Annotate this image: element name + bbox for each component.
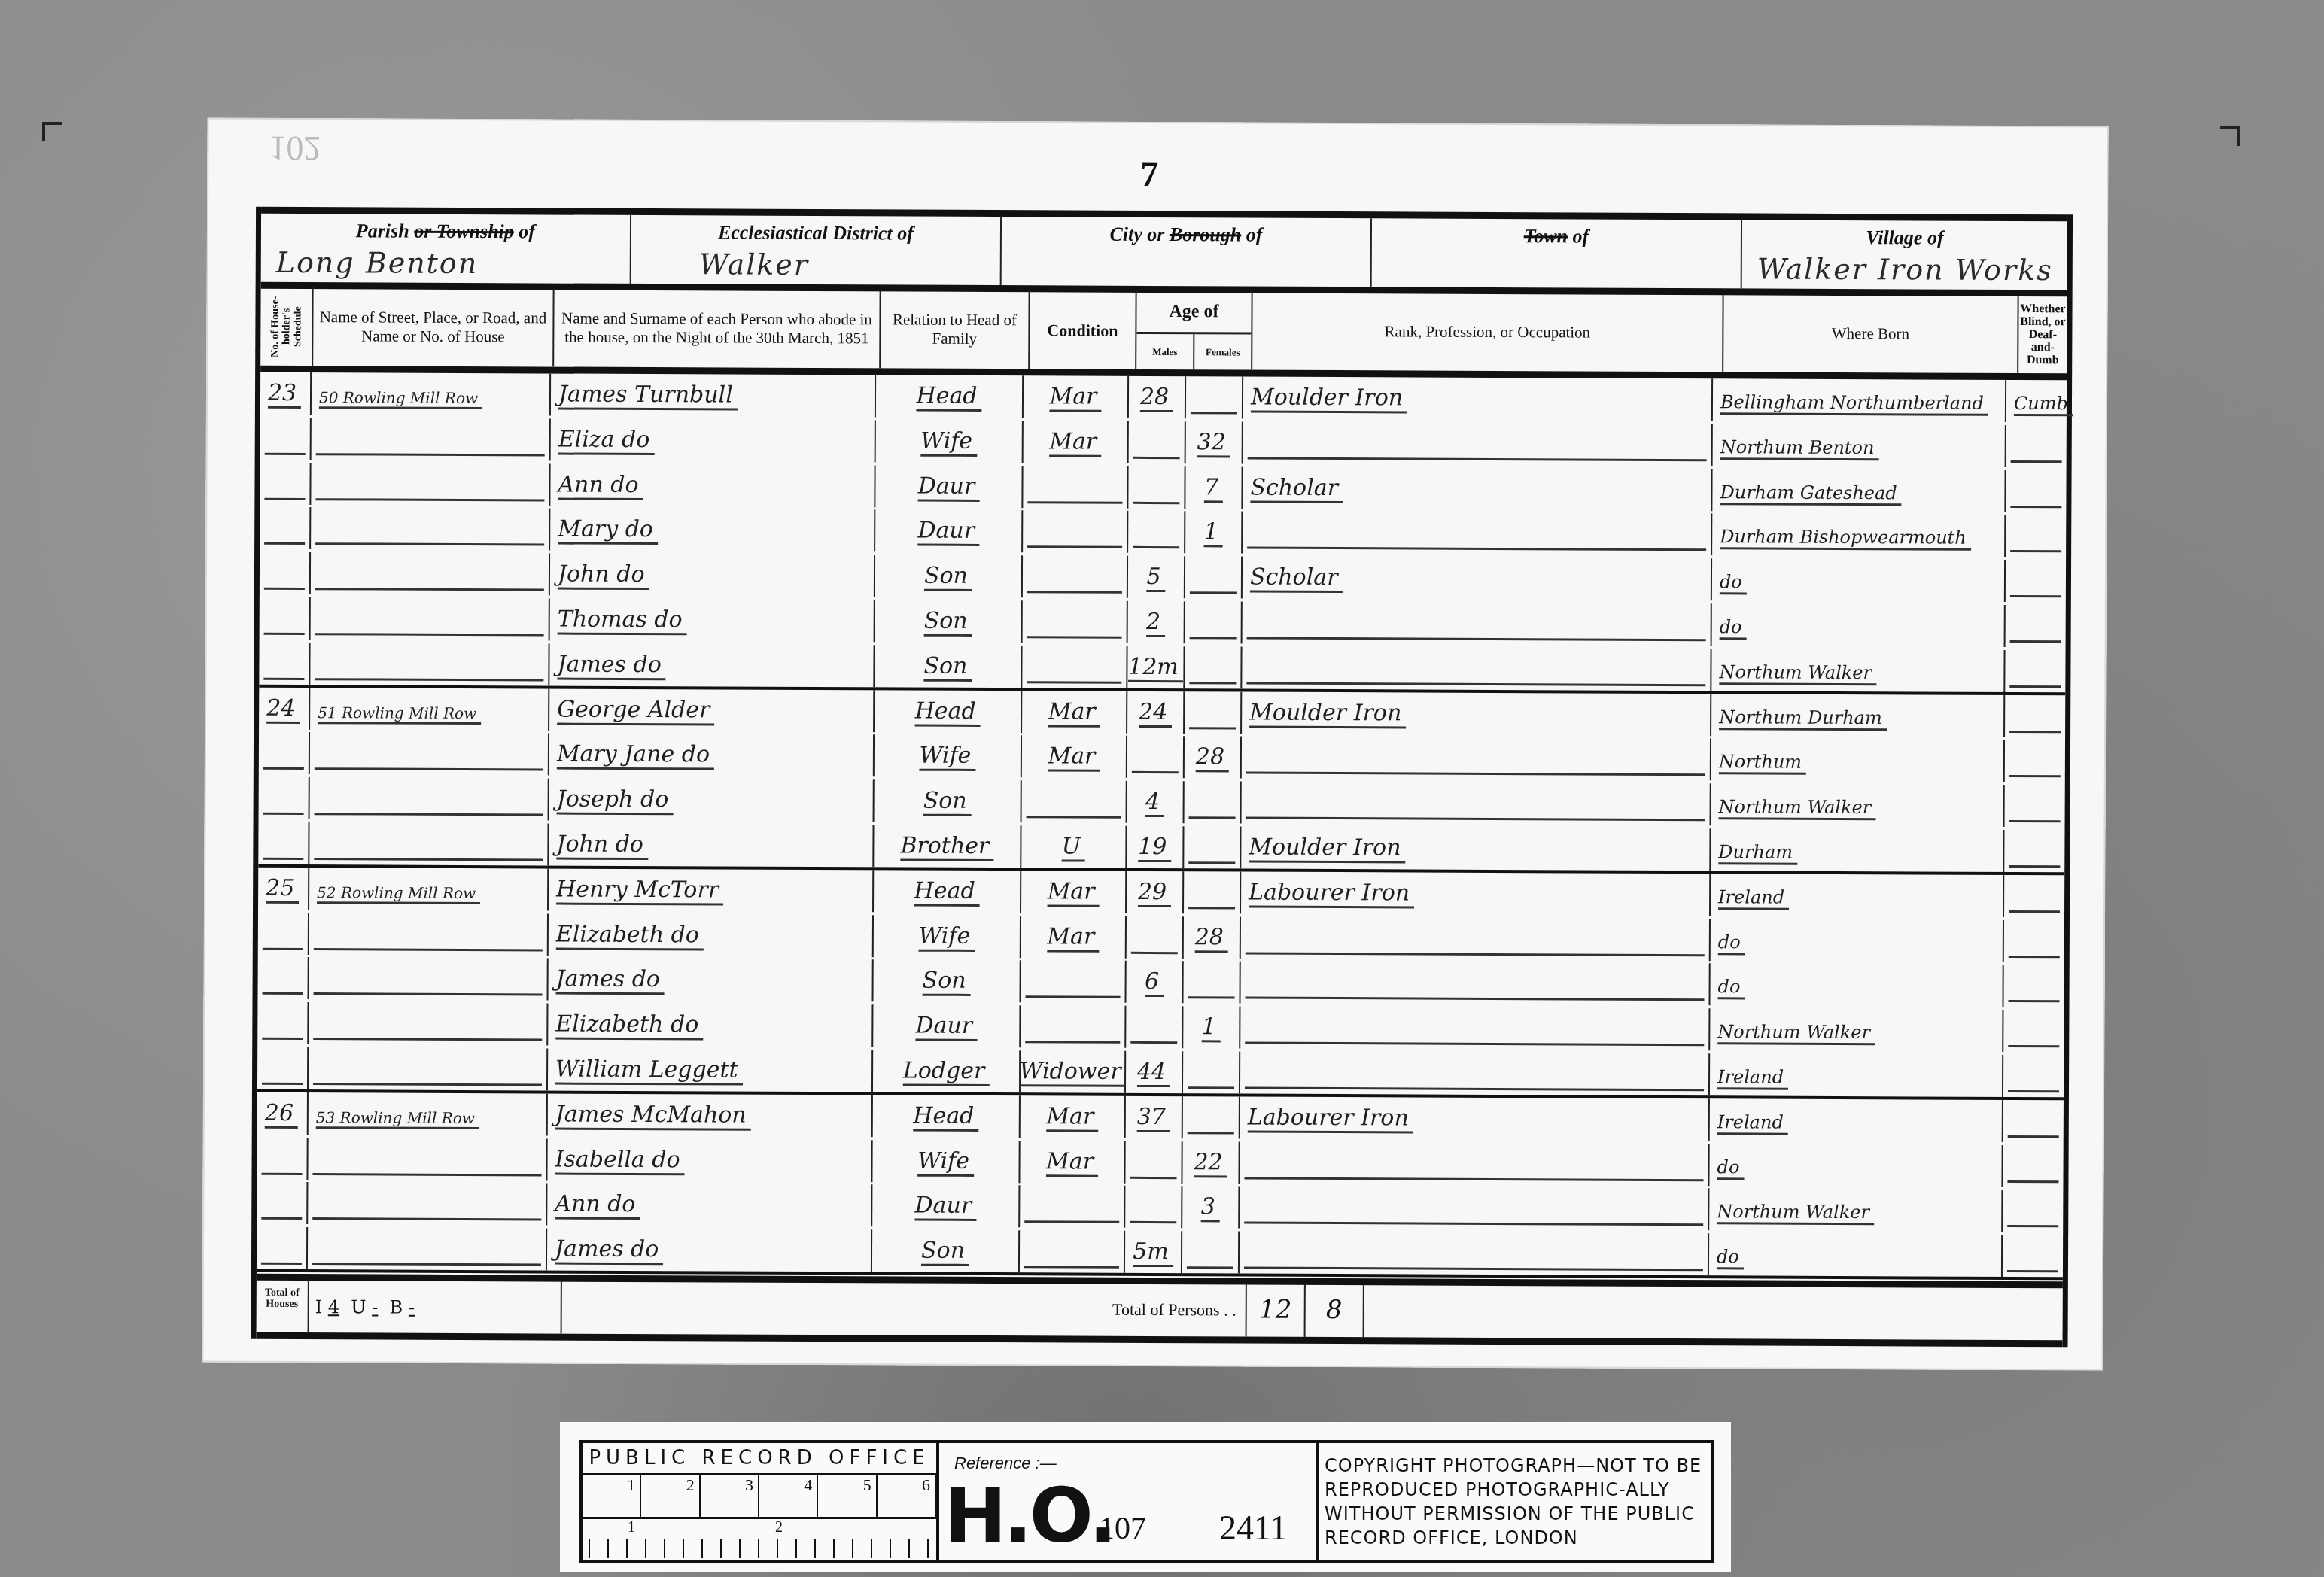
ruler-mark: 3 xyxy=(701,1475,759,1517)
column-headers: No. of House-holder's Schedule Name of S… xyxy=(260,287,2067,373)
blank-rule xyxy=(2009,1000,2060,1002)
col-schedule: No. of House-holder's Schedule xyxy=(260,287,313,366)
blank-rule xyxy=(1133,501,1179,503)
town-cell: Town of xyxy=(1372,218,1742,288)
name-text: James do xyxy=(555,1236,663,1266)
female-age-cell xyxy=(1183,962,1240,1004)
blank-rule xyxy=(2007,1270,2058,1272)
table-row: 2350 Rowling Mill RowJames TurnbullHeadM… xyxy=(260,372,2067,422)
col-blind-deaf: Whether Blind, or Deaf-and-Dumb xyxy=(2018,295,2067,373)
admin-header: Parish or Township of Long Benton Eccles… xyxy=(261,214,2067,290)
col-relation: Relation to Head of Family xyxy=(881,290,1030,369)
condition-cell xyxy=(1021,1005,1126,1048)
male-age-cell: 5m xyxy=(1125,1231,1182,1273)
schedule-text: 23 xyxy=(268,380,301,409)
condition-cell xyxy=(1021,961,1126,1004)
male-age-text: 5m xyxy=(1133,1238,1173,1267)
occupation-text: Scholar xyxy=(1250,474,1343,503)
schedule-cell xyxy=(257,1047,309,1089)
eccl-district-cell: Ecclesiastical District of Walker xyxy=(631,215,1002,285)
female-age-cell xyxy=(1185,781,1242,823)
female-age-cell: 1 xyxy=(1183,1006,1240,1048)
corner-mark-right xyxy=(2220,126,2240,146)
blank-rule xyxy=(312,1218,541,1221)
blank-rule xyxy=(1247,547,1706,551)
blank-rule xyxy=(263,767,304,770)
relation-text: Son xyxy=(924,563,972,591)
schedule-cell xyxy=(257,1002,309,1044)
male-age-cell xyxy=(1128,511,1185,553)
male-age-text: 28 xyxy=(1140,384,1173,412)
female-age-cell xyxy=(1183,1051,1240,1093)
blind-cell xyxy=(2004,830,2064,872)
blank-rule xyxy=(1024,1266,1119,1269)
male-age-cell: 6 xyxy=(1126,961,1183,1003)
condition-text: Mar xyxy=(1048,878,1100,907)
female-age-text: 1 xyxy=(1202,1013,1221,1042)
male-age-cell: 5 xyxy=(1128,556,1185,598)
relation-cell: Son xyxy=(875,645,1022,688)
name-cell: James do xyxy=(549,959,874,1002)
blind-cell xyxy=(2004,875,2064,917)
ruler-tick xyxy=(871,1539,872,1558)
relation-text: Head xyxy=(914,877,980,906)
female-age-cell: 1 xyxy=(1185,512,1243,554)
blank-rule xyxy=(1130,1221,1176,1223)
table-row: James doSon5mdo xyxy=(257,1227,2063,1280)
blank-rule xyxy=(263,858,303,860)
blank-rule xyxy=(1244,1267,1703,1272)
occupation-cell xyxy=(1240,1007,1710,1051)
relation-cell: Son xyxy=(875,780,1022,823)
street-text: 52 Rowling Mill Row xyxy=(317,883,480,904)
occupation-text: Moulder Iron xyxy=(1249,699,1406,728)
schedule-cell xyxy=(259,732,310,774)
name-text: William Leggett xyxy=(555,1056,743,1086)
female-age-text: 28 xyxy=(1196,744,1229,773)
schedule-cell: 23 xyxy=(260,372,312,415)
blind-cell xyxy=(2003,1145,2063,1187)
blank-rule xyxy=(313,1083,542,1086)
where-born-cell: do xyxy=(1712,603,2006,647)
condition-cell xyxy=(1023,511,1128,554)
schedule-cell xyxy=(260,462,311,504)
name-cell: William Leggett xyxy=(548,1048,873,1092)
name-cell: Joseph do xyxy=(549,779,875,822)
blank-rule xyxy=(312,1173,541,1176)
col-occupation: Rank, Profession, or Occupation xyxy=(1252,292,1723,372)
where-born-cell: Northum Durham xyxy=(1711,694,2005,737)
name-cell: Elizabeth do xyxy=(549,913,874,957)
blank-rule xyxy=(314,948,543,951)
blank-rule xyxy=(1133,457,1180,459)
where-born-text: Northum Walker xyxy=(1719,796,1876,820)
male-age-text: 44 xyxy=(1137,1059,1170,1087)
name-text: James Turnbull xyxy=(558,381,738,411)
male-age-cell xyxy=(1129,421,1186,463)
name-text: George Alder xyxy=(557,696,714,725)
where-born-cell: Ireland xyxy=(1711,874,2004,917)
where-born-text: Ireland xyxy=(1717,1066,1788,1089)
where-born-text: Durham xyxy=(1718,841,1797,864)
census-form: Parish or Township of Long Benton Eccles… xyxy=(251,207,2073,1348)
ruler-tick xyxy=(814,1539,816,1558)
schedule-text: 24 xyxy=(266,694,300,723)
where-born-text: Durham Gateshead xyxy=(1720,482,1901,506)
blank-rule xyxy=(315,633,544,636)
condition-text: Mar xyxy=(1049,383,1101,412)
blank-rule xyxy=(315,498,544,501)
blank-rule xyxy=(2007,1225,2058,1227)
ruler-tick xyxy=(589,1539,590,1558)
where-born-text: do xyxy=(1720,571,1747,594)
male-age-text: 19 xyxy=(1138,834,1171,862)
blank-rule xyxy=(2010,506,2061,508)
name-text: Elizabeth do xyxy=(556,921,704,950)
male-age-cell: 4 xyxy=(1127,781,1185,823)
occupation-cell xyxy=(1240,1232,1709,1276)
where-born-text: Northum Walker xyxy=(1717,1021,1875,1045)
eccl-district-value: Walker xyxy=(699,248,809,281)
street-cell xyxy=(308,1182,547,1225)
condition-cell: Mar xyxy=(1021,1095,1126,1138)
ruler-mark: 1 xyxy=(583,1475,641,1517)
condition-text: Mar xyxy=(1046,1103,1098,1132)
table-row: James doSon12mNorthum Walker xyxy=(259,643,2065,695)
occupation-cell xyxy=(1240,1187,1709,1231)
street-cell xyxy=(311,507,550,550)
relation-text: Son xyxy=(923,968,971,996)
table-row: Elizabeth doDaur1Northum Walker xyxy=(257,1002,2064,1052)
col-females: Females xyxy=(1194,334,1251,369)
village-value: Walker Iron Works xyxy=(1757,252,2053,287)
name-text: Henry McTorr xyxy=(556,876,723,905)
blank-rule xyxy=(264,497,305,500)
relation-text: Wife xyxy=(917,1147,974,1176)
occupation-cell: Scholar xyxy=(1243,557,1712,601)
where-born-text: Northum xyxy=(1719,752,1806,776)
blank-rule xyxy=(2007,1180,2058,1183)
condition-text: Mar xyxy=(1048,698,1100,727)
relation-text: Daur xyxy=(915,1013,977,1041)
blank-rule xyxy=(1190,637,1237,639)
name-cell: James Turnbull xyxy=(551,373,876,417)
blank-rule xyxy=(315,543,544,546)
table-row: Isabella doWifeMar22do xyxy=(257,1137,2063,1187)
name-cell: James McMahon xyxy=(548,1093,873,1137)
street-cell xyxy=(312,418,551,460)
blank-rule xyxy=(2008,1090,2059,1092)
occupation-cell: Labourer Iron xyxy=(1240,1096,1710,1141)
ruler-tick xyxy=(739,1539,741,1558)
blank-rule xyxy=(2009,685,2061,688)
schedule-cell xyxy=(257,1227,308,1269)
blank-rule xyxy=(1130,1176,1176,1178)
schedule-text: 25 xyxy=(266,875,299,904)
blind-cell xyxy=(2003,1190,2063,1232)
male-age-cell xyxy=(1125,1141,1182,1183)
blind-cell xyxy=(2005,740,2065,782)
table-row: Mary Jane doWifeMar28Northum xyxy=(259,732,2065,782)
relation-cell: Daur xyxy=(873,1005,1021,1048)
relation-text: Son xyxy=(924,608,972,637)
total-females: 8 xyxy=(1306,1284,1364,1337)
blind-cell xyxy=(2005,650,2065,692)
where-born-text: Northum Walker xyxy=(1719,661,1876,685)
street-cell xyxy=(310,732,549,775)
condition-cell xyxy=(1020,1230,1125,1273)
condition-text: Widower xyxy=(1020,1058,1126,1087)
blank-rule xyxy=(1188,1086,1234,1089)
blank-rule xyxy=(1027,636,1122,639)
schedule-cell xyxy=(258,912,309,954)
blank-rule xyxy=(1246,997,1705,1001)
table-row: John doBrotherU19Moulder IronDurham xyxy=(258,822,2064,875)
col-name: Name and Surname of each Person who abod… xyxy=(554,289,881,369)
relation-cell: Head xyxy=(875,690,1022,733)
name-cell: Ann do xyxy=(550,463,875,507)
street-cell xyxy=(309,1047,548,1090)
ruler-tick xyxy=(607,1539,609,1558)
schedule-cell xyxy=(258,957,309,999)
female-age-cell xyxy=(1185,691,1242,734)
blank-rule xyxy=(1024,1221,1119,1224)
blind-cell xyxy=(2005,695,2065,737)
street-cell xyxy=(308,1138,547,1180)
street-cell: 52 Rowling Mill Row xyxy=(309,868,549,910)
col-age: Age of MalesFemales xyxy=(1136,291,1252,370)
where-born-cell: do xyxy=(1709,1233,2003,1277)
street-cell xyxy=(310,643,549,685)
condition-cell xyxy=(1022,780,1127,823)
occupation-cell xyxy=(1242,646,1711,691)
blank-rule xyxy=(1244,1222,1703,1226)
occupation-cell: Moulder Iron xyxy=(1243,377,1713,421)
where-born-cell: do xyxy=(1710,964,2003,1007)
condition-cell xyxy=(1023,555,1128,598)
ruler-mark: 6 xyxy=(878,1475,936,1517)
blank-rule xyxy=(261,1172,302,1174)
where-born-cell: Northum Walker xyxy=(1709,1189,2003,1232)
street-cell: 53 Rowling Mill Row xyxy=(309,1092,548,1135)
blank-rule xyxy=(1027,816,1121,819)
blank-rule xyxy=(2010,640,2061,643)
blank-rule xyxy=(1248,457,1707,461)
corner-mark-left xyxy=(42,122,62,141)
male-age-cell: 2 xyxy=(1128,601,1185,643)
male-age-cell xyxy=(1127,736,1185,778)
ruler-tick xyxy=(927,1539,929,1558)
table-row: William LeggettLodgerWidower44Ireland xyxy=(257,1047,2064,1100)
blank-rule xyxy=(1026,996,1121,999)
blank-rule xyxy=(2009,731,2061,733)
occupation-text: Scholar xyxy=(1250,564,1343,594)
page-stamp-number: 102 xyxy=(269,129,321,169)
blank-rule xyxy=(1246,682,1705,686)
schedule-cell xyxy=(257,1137,308,1179)
relation-cell: Wife xyxy=(872,1140,1020,1183)
where-born-text: Ireland xyxy=(1718,886,1789,910)
condition-cell xyxy=(1023,600,1128,643)
male-age-cell xyxy=(1125,1186,1182,1228)
occupation-cell xyxy=(1242,737,1711,781)
name-text: Eliza do xyxy=(558,426,655,455)
blind-cell xyxy=(2003,965,2064,1007)
female-age-cell: 32 xyxy=(1186,421,1243,463)
female-age-cell xyxy=(1184,871,1241,913)
where-born-cell: do xyxy=(1711,919,2004,962)
blank-rule xyxy=(315,588,544,591)
blank-rule xyxy=(1027,501,1122,504)
relation-cell: Lodger xyxy=(873,1050,1021,1092)
schedule-cell xyxy=(260,418,312,460)
name-text: Joseph do xyxy=(557,786,674,816)
condition-text: Mar xyxy=(1047,923,1099,952)
ruler-label: 1 xyxy=(628,1519,635,1536)
schedule-cell: 25 xyxy=(258,868,309,910)
ruler-tick xyxy=(720,1539,722,1558)
male-age-text: 29 xyxy=(1138,879,1171,907)
houses-counts: I 4 U - B - xyxy=(309,1280,562,1333)
parish-value: Long Benton xyxy=(276,246,479,280)
condition-text: Mar xyxy=(1046,1148,1098,1177)
occupation-cell xyxy=(1242,782,1711,826)
blank-rule xyxy=(1130,1041,1177,1044)
ruler-mark: 5 xyxy=(818,1475,877,1517)
ruler-tick xyxy=(852,1539,853,1558)
name-text: Isabella do xyxy=(555,1146,684,1175)
blank-rule xyxy=(314,993,543,996)
ruler-mark: 2 xyxy=(641,1475,700,1517)
schedule-text: 26 xyxy=(265,1100,298,1129)
relation-cell: Son xyxy=(875,555,1023,598)
blank-rule xyxy=(262,1038,303,1040)
blind-cell xyxy=(2003,1100,2064,1142)
occupation-cell: Scholar xyxy=(1243,466,1712,511)
table-row: 2451 Rowling Mill RowGeorge AlderHeadMar… xyxy=(259,687,2065,737)
female-age-text: 1 xyxy=(1204,519,1223,548)
blank-rule xyxy=(264,542,305,545)
where-born-cell: Northum Walker xyxy=(1711,783,2005,827)
condition-text: Mar xyxy=(1048,743,1100,772)
blank-rule xyxy=(2009,865,2060,868)
name-cell: Mary do xyxy=(550,509,875,552)
blank-rule xyxy=(312,1263,541,1266)
blank-rule xyxy=(316,453,545,456)
blank-rule xyxy=(1245,1042,1704,1047)
ruler-scale: 12 xyxy=(583,1519,936,1558)
blank-rule xyxy=(1133,546,1179,548)
where-born-cell: do xyxy=(1712,558,2006,602)
blank-rule xyxy=(1188,907,1235,909)
blank-rule xyxy=(2010,595,2061,597)
blind-cell xyxy=(2004,920,2064,962)
relation-text: Son xyxy=(923,652,972,681)
female-age-cell xyxy=(1185,646,1242,688)
male-age-text: 6 xyxy=(1145,968,1164,997)
street-cell xyxy=(308,1227,547,1270)
series-number: 107 xyxy=(1099,1511,1146,1547)
table-row: Ann doDaur7ScholarDurham Gateshead xyxy=(260,462,2066,512)
where-born-cell: Durham xyxy=(1711,828,2004,872)
pro-ruler-block: PUBLIC RECORD OFFICE 123456 12 xyxy=(583,1443,939,1560)
table-row: 2653 Rowling Mill RowJames McMahonHeadMa… xyxy=(257,1092,2064,1142)
male-age-cell: 37 xyxy=(1126,1096,1183,1138)
piece-number: 2411 xyxy=(1219,1508,1287,1548)
blank-rule xyxy=(1191,412,1237,414)
condition-cell: Mar xyxy=(1022,691,1127,734)
condition-cell: Mar xyxy=(1020,1141,1125,1184)
occupation-cell xyxy=(1243,512,1712,556)
relation-cell: Wife xyxy=(874,915,1021,958)
street-text: 53 Rowling Mill Row xyxy=(316,1108,479,1129)
name-cell: George Alder xyxy=(549,688,875,732)
female-age-cell: 7 xyxy=(1185,466,1243,509)
female-age-text: 7 xyxy=(1204,474,1223,503)
relation-text: Son xyxy=(923,788,972,816)
condition-cell: Mar xyxy=(1022,736,1127,779)
blank-rule xyxy=(1187,1266,1233,1269)
blank-rule xyxy=(313,1038,542,1041)
name-cell: James do xyxy=(547,1229,872,1272)
blank-rule xyxy=(1190,591,1237,594)
name-text: James do xyxy=(557,651,665,680)
occupation-cell xyxy=(1240,1141,1709,1186)
male-age-text: 4 xyxy=(1145,788,1164,817)
male-age-cell: 12m xyxy=(1127,646,1185,688)
blank-rule xyxy=(1027,681,1121,684)
occupation-cell xyxy=(1243,421,1713,466)
table-row: Joseph doSon4Northum Walker xyxy=(259,777,2065,827)
where-born-text: do xyxy=(1720,616,1747,640)
relation-text: Son xyxy=(921,1238,969,1266)
female-age-cell xyxy=(1184,826,1241,868)
total-persons-label: Total of Persons . . xyxy=(1112,1300,1237,1320)
table-row: Eliza doWifeMar32Northum Benton xyxy=(260,418,2067,467)
relation-cell: Son xyxy=(874,960,1021,1003)
name-text: James McMahon xyxy=(555,1101,751,1130)
occupation-cell xyxy=(1241,916,1711,961)
relation-text: Wife xyxy=(918,922,975,951)
blank-rule xyxy=(1189,727,1236,729)
where-born-text: Northum Durham xyxy=(1719,706,1887,731)
ruler-label: 2 xyxy=(775,1519,783,1536)
female-age-cell: 3 xyxy=(1182,1187,1240,1229)
blank-rule xyxy=(263,947,303,950)
relation-cell: Wife xyxy=(875,735,1022,778)
relation-cell: Wife xyxy=(876,420,1024,463)
blind-cell xyxy=(2006,425,2067,467)
relation-cell: Daur xyxy=(872,1185,1020,1228)
name-text: Mary Jane do xyxy=(557,741,714,770)
col-where-born: Where Born xyxy=(1723,293,2018,373)
female-age-text: 3 xyxy=(1201,1194,1220,1223)
blank-rule xyxy=(262,1083,303,1085)
street-cell: 51 Rowling Mill Row xyxy=(310,688,549,731)
blind-cell xyxy=(2006,560,2066,602)
ruler-tick xyxy=(664,1539,665,1558)
schedule-cell xyxy=(260,597,311,640)
schedule-cell xyxy=(260,507,311,549)
ruler-tick xyxy=(626,1539,628,1558)
blank-rule xyxy=(1244,1177,1703,1181)
ruler-tick xyxy=(701,1539,703,1558)
relation-text: Wife xyxy=(920,427,977,456)
male-age-cell: 24 xyxy=(1127,691,1185,733)
ruler-tick xyxy=(758,1539,759,1558)
blank-rule xyxy=(1246,772,1705,776)
ruler-tick xyxy=(833,1539,835,1558)
